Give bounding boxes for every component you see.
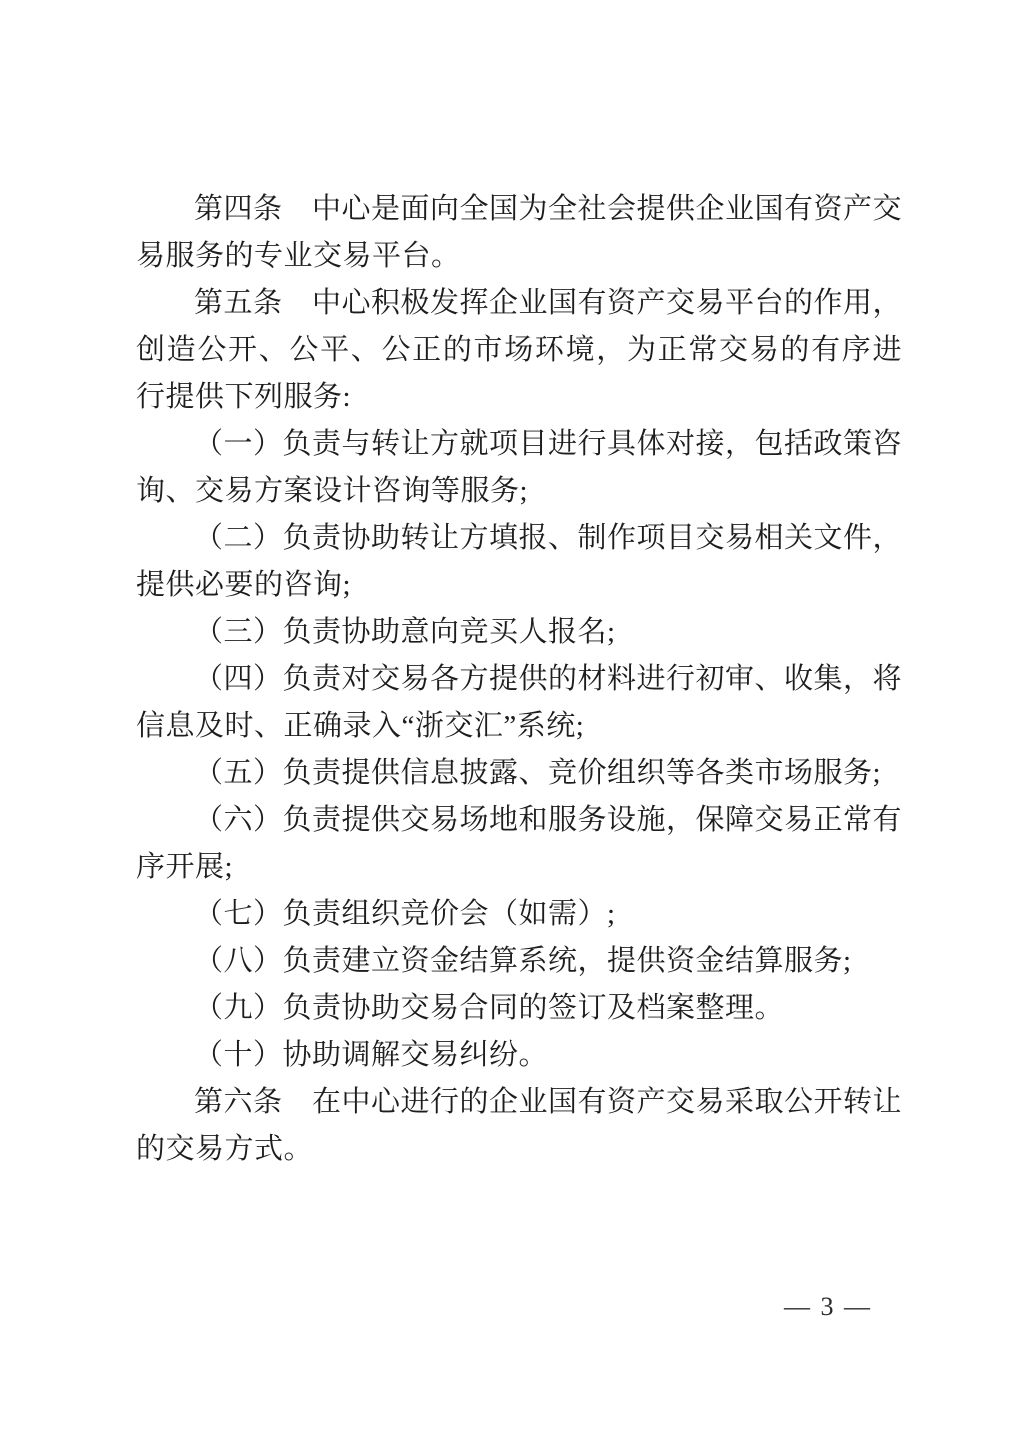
document-page: 第四条 中心是面向全国为全社会提供企业国有资产交易服务的专业交易平台。 第五条 … bbox=[0, 0, 1024, 1448]
list-item-6: （六）负责提供交易场地和服务设施，保障交易正常有序开展; bbox=[136, 797, 902, 891]
list-item-9: （九）负责协助交易合同的签订及档案整理。 bbox=[136, 985, 902, 1032]
list-item-2: （二）负责协助转让方填报、制作项目交易相关文件，提供必要的咨询; bbox=[136, 515, 902, 609]
list-item-5: （五）负责提供信息披露、竞价组织等各类市场服务; bbox=[136, 750, 902, 797]
list-item-4: （四）负责对交易各方提供的材料进行初审、收集，将信息及时、正确录入“浙交汇”系统… bbox=[136, 656, 902, 750]
list-item-3: （三）负责协助意向竞买人报名; bbox=[136, 609, 902, 656]
document-body: 第四条 中心是面向全国为全社会提供企业国有资产交易服务的专业交易平台。 第五条 … bbox=[136, 186, 902, 1173]
paragraph-article-6: 第六条 在中心进行的企业国有资产交易采取公开转让的交易方式。 bbox=[136, 1079, 902, 1173]
list-item-8: （八）负责建立资金结算系统，提供资金结算服务; bbox=[136, 938, 902, 985]
list-item-1: （一）负责与转让方就项目进行具体对接，包括政策咨询、交易方案设计咨询等服务; bbox=[136, 421, 902, 515]
list-item-7: （七）负责组织竞价会（如需）; bbox=[136, 891, 902, 938]
list-item-10: （十）协助调解交易纠纷。 bbox=[136, 1032, 902, 1079]
page-number: — 3 — bbox=[784, 1290, 872, 1324]
paragraph-article-4: 第四条 中心是面向全国为全社会提供企业国有资产交易服务的专业交易平台。 bbox=[136, 186, 902, 280]
paragraph-article-5: 第五条 中心积极发挥企业国有资产交易平台的作用，创造公开、公平、公正的市场环境，… bbox=[136, 280, 902, 421]
